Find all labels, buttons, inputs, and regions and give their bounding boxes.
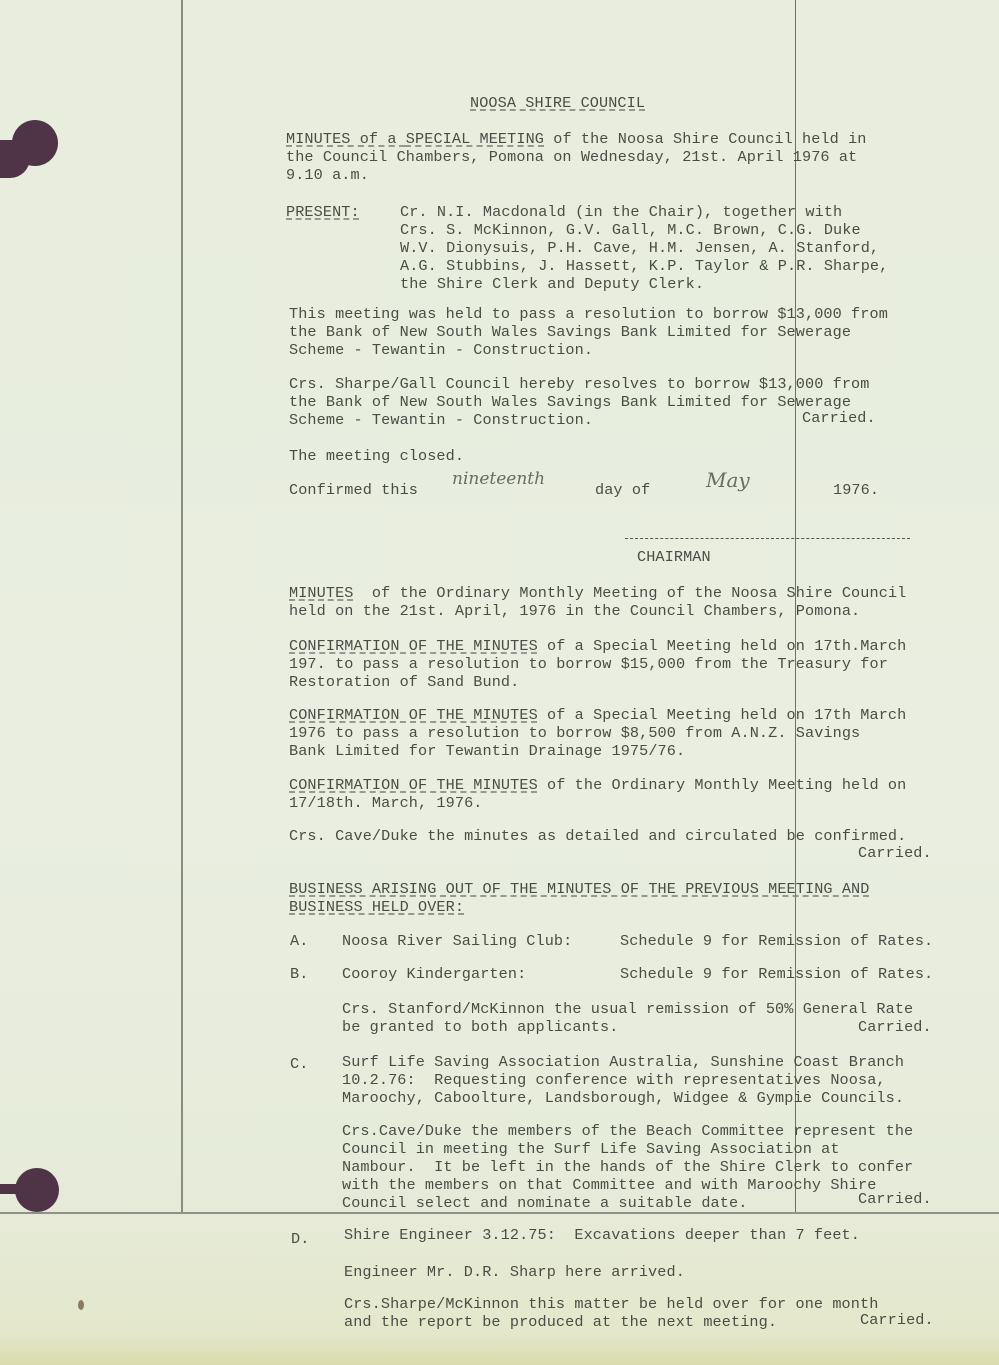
confirmed-middle: day of xyxy=(595,481,650,499)
confirmation-heading: CONFIRMATION OF THE MINUTES xyxy=(289,637,538,655)
item-detail: Schedule 9 for Remission of Rates. xyxy=(620,932,933,950)
item-subject: Shire Engineer 3.12.75: Excavations deep… xyxy=(344,1226,860,1244)
purpose-line: Scheme - Tewantin - Construction. xyxy=(289,341,593,359)
resolution-line: Scheme - Tewantin - Construction. xyxy=(289,411,593,429)
ordinary-intro-line-1: MINUTES of the Ordinary Monthly Meeting … xyxy=(289,584,906,602)
ordinary-intro-text: of the Ordinary Monthly Meeting of the N… xyxy=(354,584,907,602)
present-line: A.G. Stubbins, J. Hassett, K.P. Taylor &… xyxy=(400,257,888,275)
punch-hole-bottom-tail xyxy=(0,1184,22,1194)
item-motion-line: and the report be produced at the next m… xyxy=(344,1313,777,1331)
confirm-motion: Crs. Cave/Duke the minutes as detailed a… xyxy=(289,827,906,845)
signature-line xyxy=(625,538,910,539)
present-line: W.V. Dionysuis, P.H. Cave, H.M. Jensen, … xyxy=(400,239,879,257)
item-motion-line: with the members on that Committee and w… xyxy=(342,1176,876,1194)
handwritten-month: May xyxy=(706,468,750,492)
confirmation-heading-line: CONFIRMATION OF THE MINUTES of a Special… xyxy=(289,637,906,655)
handwritten-day: nineteenth xyxy=(452,469,545,489)
resolution-line: Crs. Sharpe/Gall Council hereby resolves… xyxy=(289,375,869,393)
special-intro-line-3: 9.10 a.m. xyxy=(286,166,369,184)
present-line: the Shire Clerk and Deputy Clerk. xyxy=(400,275,704,293)
minutes-label: MINUTES of a xyxy=(286,130,406,148)
item-note: Engineer Mr. D.R. Sharp here arrived. xyxy=(344,1263,685,1281)
item-letter: C. xyxy=(290,1055,308,1073)
item-detail: Schedule 9 for Remission of Rates. xyxy=(620,965,933,983)
present-line: Cr. N.I. Macdonald (in the Chair), toget… xyxy=(400,203,842,221)
present-line: Crs. S. McKinnon, G.V. Gall, M.C. Brown,… xyxy=(400,221,861,239)
item-motion-line: Council select and nominate a suitable d… xyxy=(342,1194,747,1212)
special-intro-line-2: the Council Chambers, Pomona on Wednesda… xyxy=(286,148,857,166)
confirmation-text: of a Special Meeting held on 17th.March xyxy=(538,637,907,655)
resolution-line: the Bank of New South Wales Savings Bank… xyxy=(289,393,851,411)
confirmed-year: 1976. xyxy=(833,481,879,499)
present-label: PRESENT: xyxy=(286,203,360,221)
confirmation-heading: CONFIRMATION OF THE MINUTES xyxy=(289,776,538,794)
item-subject: Noosa River Sailing Club: xyxy=(342,932,572,950)
item-line: 10.2.76: Requesting conference with repr… xyxy=(342,1071,886,1089)
confirmation-line: Restoration of Sand Bund. xyxy=(289,673,519,691)
item-status: Carried. xyxy=(858,1190,932,1208)
item-motion-line: Crs.Sharpe/McKinnon this matter be held … xyxy=(344,1295,878,1313)
confirmation-text: of a Special Meeting held on 17th March xyxy=(538,706,907,724)
special-intro-text: of the Noosa Shire Council held in xyxy=(544,130,867,148)
item-status: Carried. xyxy=(858,1018,932,1036)
page-crease-line xyxy=(0,1212,999,1214)
confirmation-heading: CONFIRMATION OF THE MINUTES xyxy=(289,706,538,724)
business-heading-line-1: BUSINESS ARISING OUT OF THE MINUTES OF T… xyxy=(289,880,869,898)
business-heading-line-2: BUSINESS HELD OVER: xyxy=(289,898,464,916)
item-motion-line: Council in meeting the Surf Life Saving … xyxy=(342,1140,840,1158)
resolution-status: Carried. xyxy=(802,409,876,427)
item-letter: B. xyxy=(290,965,308,983)
confirmation-line: Bank Limited for Tewantin Drainage 1975/… xyxy=(289,742,685,760)
confirm-status: Carried. xyxy=(858,844,932,862)
item-line: Surf Life Saving Association Australia, … xyxy=(342,1053,904,1071)
item-letter: A. xyxy=(290,932,308,950)
confirmation-text: of the Ordinary Monthly Meeting held on xyxy=(538,776,907,794)
confirmation-line: 197. to pass a resolution to borrow $15,… xyxy=(289,655,888,673)
ordinary-intro-line-2: held on the 21st. April, 1976 in the Cou… xyxy=(289,602,860,620)
document-title: NOOSA SHIRE COUNCIL xyxy=(470,94,645,112)
item-motion-line: Nambour. It be left in the hands of the … xyxy=(342,1158,913,1176)
item-letter: D. xyxy=(291,1230,309,1248)
item-motion-line: Crs. Stanford/McKinnon the usual remissi… xyxy=(342,1000,913,1018)
special-meeting-label: SPECIAL MEETING xyxy=(406,130,544,148)
purpose-line: the Bank of New South Wales Savings Bank… xyxy=(289,323,851,341)
confirmed-prefix: Confirmed this xyxy=(289,481,418,499)
margin-rule-left xyxy=(181,0,183,1212)
paper-stain xyxy=(0,1335,999,1365)
confirmation-line: 1976 to pass a resolution to borrow $8,5… xyxy=(289,724,860,742)
item-line: Maroochy, Caboolture, Landsborough, Widg… xyxy=(342,1089,904,1107)
item-status: Carried. xyxy=(860,1311,934,1329)
item-motion-line: be granted to both applicants. xyxy=(342,1018,618,1036)
confirmation-line: 17/18th. March, 1976. xyxy=(289,794,483,812)
purpose-line: This meeting was held to pass a resoluti… xyxy=(289,305,888,323)
meeting-closed: The meeting closed. xyxy=(289,447,464,465)
item-motion-line: Crs.Cave/Duke the members of the Beach C… xyxy=(342,1122,913,1140)
special-intro-line-1: MINUTES of a SPECIAL MEETING of the Noos… xyxy=(286,130,867,148)
minutes-label: MINUTES xyxy=(289,584,354,602)
paper-speck xyxy=(78,1300,84,1310)
chairman-label: CHAIRMAN xyxy=(637,548,711,566)
confirmation-heading-line: CONFIRMATION OF THE MINUTES of the Ordin… xyxy=(289,776,906,794)
confirmation-heading-line: CONFIRMATION OF THE MINUTES of a Special… xyxy=(289,706,906,724)
item-subject: Cooroy Kindergarten: xyxy=(342,965,526,983)
